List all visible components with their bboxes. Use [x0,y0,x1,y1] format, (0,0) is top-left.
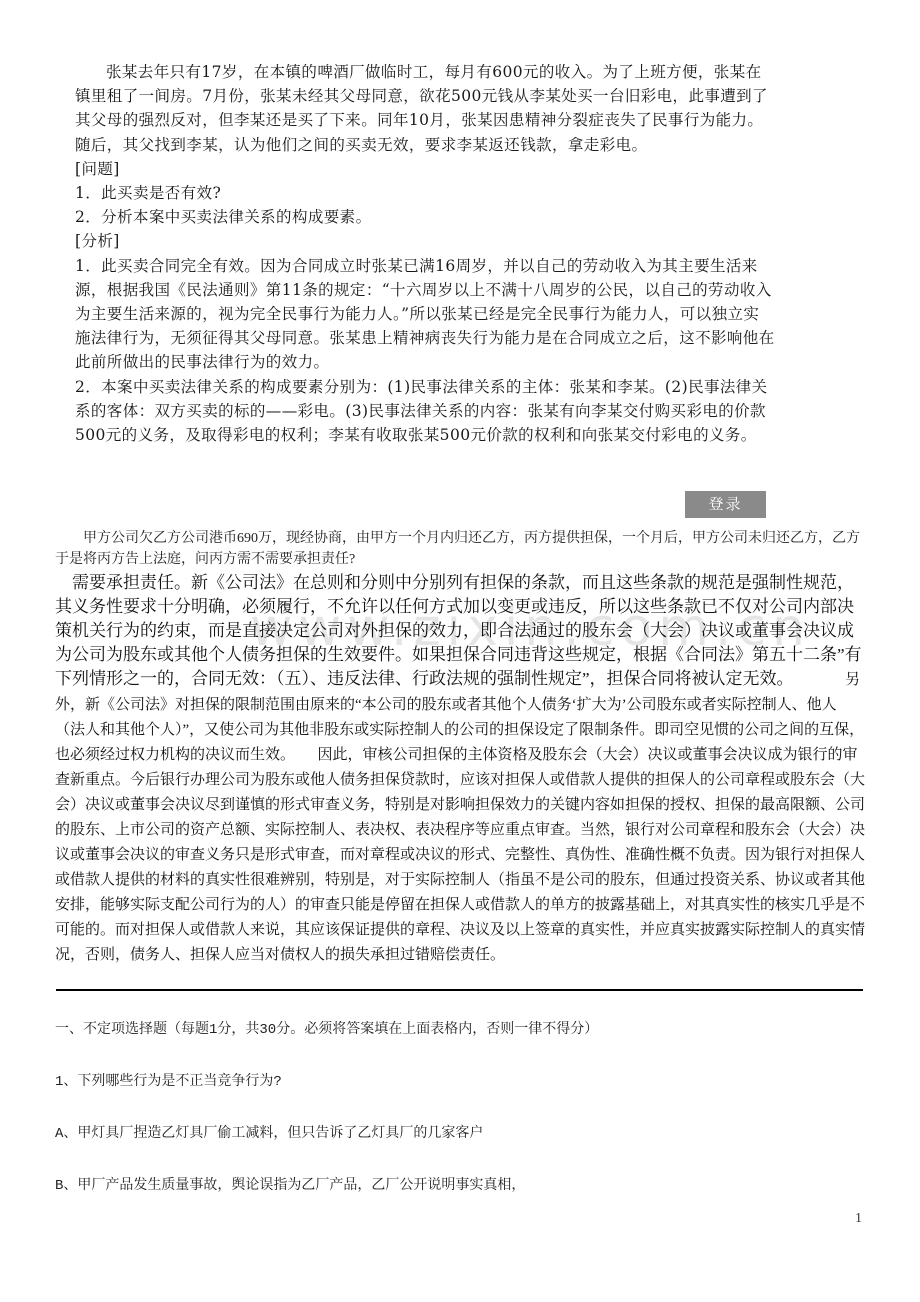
exam-option-a: A、甲灯具厂捏造乙灯具厂偷工减料，但只告诉了乙灯具厂的几家客户 [55,1122,865,1142]
exam-section-title: 一、不定项选择题（每题1分，共30分。必须将答案填在上面表格内，否则一律不得分） [55,1018,865,1038]
questions-heading: [问题] [75,157,775,181]
document-page: 张某去年只有17岁，在本镇的啤酒厂做临时工，每月有600元的收入。为了上班方便，… [0,0,920,1302]
analysis-item: 2．本案中买卖法律关系的构成要素分别为：(1)民事法律关系的主体：张某和李某。(… [75,375,775,448]
guarantee-answer: 需要承担责任。新《公司法》在总则和分则中分别列有担保的条款，而且这些条款的规范是… [55,571,865,967]
guarantee-question: 甲方公司欠乙方公司港币690万，现经协商，由甲方一个月内归还乙方，丙方提供担保，… [55,528,865,570]
page-number: 1 [855,1211,862,1227]
section-divider [56,989,863,991]
guarantee-answer-block: 需要承担责任。新《公司法》在总则和分则中分别列有担保的条款，而且这些条款的规范是… [55,571,865,967]
case-paragraph: 张某去年只有17岁，在本镇的啤酒厂做临时工，每月有600元的收入。为了上班方便，… [75,60,775,157]
guarantee-answer-continued: 另外，新《公司法》对担保的限制范围由原来的“本公司的股东或者其他个人债务‘扩大为… [55,672,865,963]
question-item: 2．分析本案中买卖法律关系的构成要素。 [75,205,775,229]
case-study-block: 张某去年只有17岁，在本镇的啤酒厂做临时工，每月有600元的收入。为了上班方便，… [75,60,775,447]
guarantee-answer-main: 需要承担责任。新《公司法》在总则和分则中分别列有担保的条款，而且这些条款的规范是… [55,573,862,688]
analysis-heading: [分析] [75,229,775,253]
analysis-item: 1．此买卖合同完全有效。因为合同成立时张某已满16周岁，并以自己的劳动收入为其主… [75,254,775,375]
question-item: 1．此买卖是否有效? [75,181,775,205]
login-button[interactable]: 登录 [685,491,766,518]
exam-question-1: 1、下列哪些行为是不正当竞争行为? [55,1070,865,1090]
guarantee-question-block: 甲方公司欠乙方公司港币690万，现经协商，由甲方一个月内归还乙方，丙方提供担保，… [55,528,865,570]
exam-option-b: B、甲厂产品发生质量事故，舆论误指为乙厂产品，乙厂公开说明事实真相， [55,1174,865,1194]
